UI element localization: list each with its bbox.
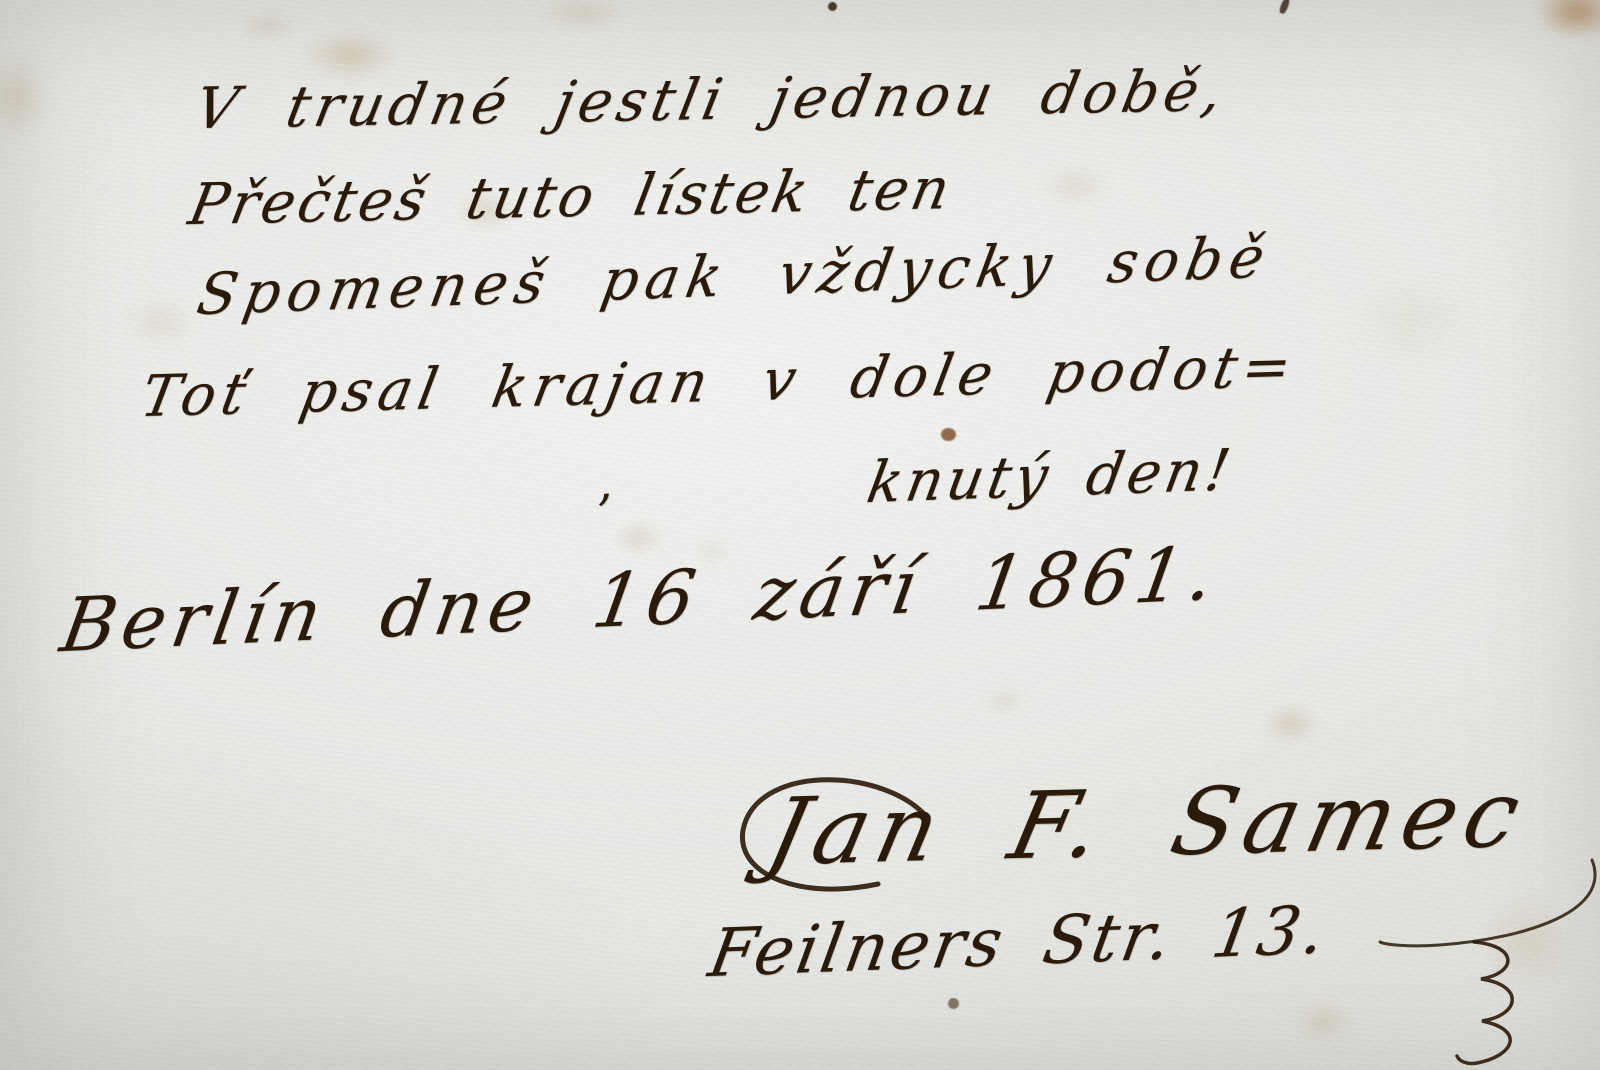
foxing-stain bbox=[0, 52, 50, 144]
foxing-stain bbox=[540, 0, 625, 32]
verse-line-2: Přečteš tuto lístek ten bbox=[184, 158, 957, 237]
foxing-stain bbox=[1293, 998, 1355, 1044]
verse-line-4: Toť psal krajan v dole podot= bbox=[136, 336, 1302, 429]
foxing-stain bbox=[1262, 703, 1320, 745]
address-line: Feilners Str. 13. bbox=[704, 894, 1334, 991]
foxing-stain bbox=[1480, 895, 1575, 990]
foxing-stain bbox=[1040, 162, 1112, 208]
foxing-stain bbox=[1350, 275, 1475, 367]
verse-line-3: Spomeneš pak vždycky sobě bbox=[192, 226, 1276, 327]
ink-speck bbox=[941, 428, 956, 441]
signature: Jan F. Samec bbox=[759, 763, 1537, 883]
ink-speck bbox=[828, 2, 837, 11]
signature-flourish bbox=[1378, 852, 1600, 1068]
foxing-stain bbox=[124, 296, 196, 348]
foxing-stain bbox=[240, 10, 295, 42]
manuscript-page: V trudné jestli jednou době, Přečteš tut… bbox=[0, 0, 1600, 1070]
ink-speck bbox=[948, 998, 959, 1009]
dateline: Berlín dne 16 září 1861. bbox=[55, 533, 1225, 668]
stray-ink-mark: , bbox=[593, 457, 614, 511]
foxing-stain bbox=[983, 686, 1025, 716]
verse-line-1: V trudné jestli jednou době, bbox=[190, 60, 1232, 141]
verse-line-5: knutý den! bbox=[862, 439, 1238, 515]
ink-speck bbox=[1278, 0, 1290, 15]
foxing-stain bbox=[1535, 0, 1600, 40]
foxing-stain bbox=[612, 520, 664, 556]
